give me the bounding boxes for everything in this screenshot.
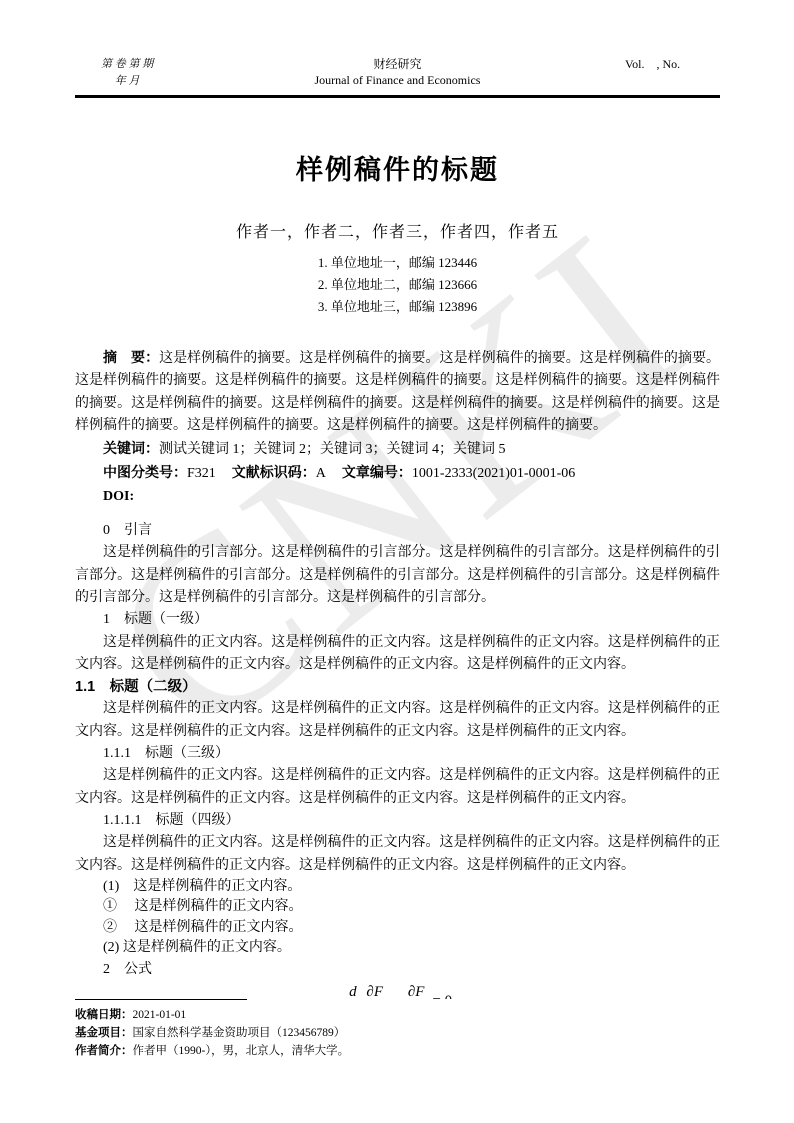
header-double-rule [75, 95, 720, 98]
author-bio-value: 作者甲（1990-），男，北京人，清华大学。 [133, 1045, 350, 1057]
fund-project-line: 基金项目：国家自然科学基金资助项目（123456789） [75, 1024, 720, 1042]
classification-line: 中图分类号：F321文献标识码：A文章编号：1001-2333(2021)01-… [75, 461, 720, 485]
abstract-text: 这是样例稿件的摘要。这是样例稿件的摘要。这是样例稿件的摘要。这是样例稿件的摘要。… [75, 351, 720, 433]
doc-code-label: 文献标识码： [232, 464, 316, 480]
running-head-left: 第 卷 第 期 年 月 [75, 56, 265, 90]
running-head: 第 卷 第 期 年 月 财经研究 Journal of Finance and … [75, 56, 720, 90]
year-month-line: 年 月 [101, 73, 153, 90]
affiliation-3: 3. 单位地址三，邮编 123896 [75, 296, 720, 318]
section-0-body: 这是样例稿件的引言部分。这是样例稿件的引言部分。这是样例稿件的引言部分。这是样例… [75, 542, 720, 609]
section-0-heading: 0 引言 [75, 520, 720, 542]
list-item-2: (2) 这是样例稿件的正文内容。 [75, 938, 720, 959]
doi-label: DOI: [103, 489, 134, 504]
doi-line: DOI: [75, 486, 720, 508]
abstract-label: 摘 要： [103, 349, 159, 365]
article-id-value: 1001-2333(2021)01-0001-06 [412, 466, 575, 481]
received-date-value: 2021-01-01 [133, 1009, 187, 1021]
received-date-label: 收稿日期： [75, 1009, 133, 1021]
author-list: 作者一，作者二，作者三，作者四，作者五 [75, 219, 720, 242]
footnote-rule [75, 999, 247, 1000]
doc-code-value: A [316, 466, 326, 481]
section-2-heading: 2 公式 [75, 959, 720, 981]
keywords-text: 测试关键词 1；关键词 2；关键词 3；关键词 4；关键词 5 [159, 442, 506, 457]
affiliation-1: 1. 单位地址一，邮编 123446 [75, 252, 720, 274]
section-1-1-body: 这是样例稿件的正文内容。这是样例稿件的正文内容。这是样例稿件的正文内容。这是样例… [75, 698, 720, 743]
abstract-paragraph: 摘 要：这是样例稿件的摘要。这是样例稿件的摘要。这是样例稿件的摘要。这是样例稿件… [75, 346, 720, 437]
fund-project-value: 国家自然科学基金资助项目（123456789） [133, 1027, 346, 1039]
journal-name-en: Journal of Finance and Economics [265, 72, 530, 88]
keywords-label: 关键词： [103, 440, 159, 456]
section-1-heading: 1 标题（一级） [75, 609, 720, 631]
section-1-1-1-heading: 1.1.1 标题（三级） [75, 743, 720, 765]
article-title: 样例稿件的标题 [75, 148, 720, 187]
list-item-1: (1) 这是样例稿件的正文内容。 [75, 877, 720, 898]
clc-label: 中图分类号： [103, 464, 187, 480]
section-1-body: 这是样例稿件的正文内容。这是样例稿件的正文内容。这是样例稿件的正文内容。这是样例… [75, 632, 720, 677]
journal-name-block: 财经研究 Journal of Finance and Economics [265, 56, 530, 88]
section-1-1-1-1-heading: 1.1.1.1 标题（四级） [75, 810, 720, 832]
author-bio-label: 作者简介： [75, 1045, 133, 1057]
page-content: 第 卷 第 期 年 月 财经研究 Journal of Finance and … [0, 0, 794, 1019]
first-page-footnote: 收稿日期：2021-01-01 基金项目：国家自然科学基金资助项目（123456… [75, 999, 720, 1060]
list-item-circle-1: ① 这是样例稿件的正文内容。 [75, 897, 720, 918]
fund-project-label: 基金项目： [75, 1027, 133, 1039]
vol-no-label: Vol. , No. [530, 56, 720, 73]
affiliation-list: 1. 单位地址一，邮编 123446 2. 单位地址二，邮编 123666 3.… [75, 252, 720, 318]
received-date-line: 收稿日期：2021-01-01 [75, 1006, 720, 1024]
clc-value: F321 [187, 466, 216, 481]
article-id-label: 文章编号： [342, 464, 412, 480]
affiliation-2: 2. 单位地址二，邮编 123666 [75, 274, 720, 296]
volume-issue-line: 第 卷 第 期 [101, 56, 153, 73]
list-item-circle-2: ② 这是样例稿件的正文内容。 [75, 918, 720, 939]
author-bio-line: 作者简介：作者甲（1990-），男，北京人，清华大学。 [75, 1042, 720, 1060]
manuscript-page: CNKI 第 卷 第 期 年 月 财经研究 Journal of Finance… [0, 0, 794, 1123]
keywords-line: 关键词：测试关键词 1；关键词 2；关键词 3；关键词 4；关键词 5 [75, 437, 720, 461]
section-1-1-1-1-body: 这是样例稿件的正文内容。这是样例稿件的正文内容。这是样例稿件的正文内容。这是样例… [75, 832, 720, 877]
section-1-1-heading: 1.1 标题（二级） [75, 676, 720, 698]
journal-name-cn: 财经研究 [265, 56, 530, 72]
section-1-1-1-body: 这是样例稿件的正文内容。这是样例稿件的正文内容。这是样例稿件的正文内容。这是样例… [75, 765, 720, 810]
